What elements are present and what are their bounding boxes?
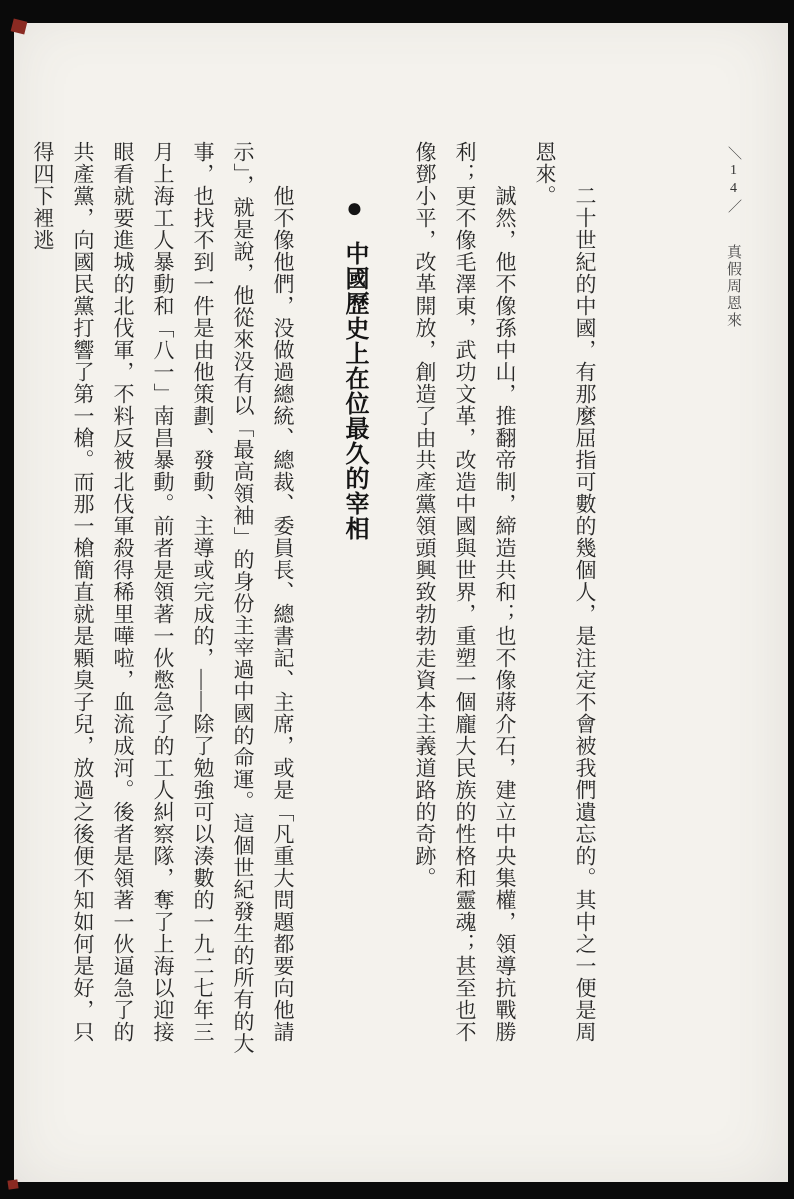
scan-mark-bottom-left (7, 1179, 18, 1189)
paragraph-2: 誠然，他不像孫中山，推翻帝制，締造共和；也不像蔣介石，建立中央集權，領導抗戰勝利… (405, 141, 525, 1063)
scan-border-bottom (0, 1182, 794, 1199)
running-head: ＼14／ 真假周恩來 (723, 146, 744, 329)
paragraph-1: 二十世紀的中國，有那麼屈指可數的幾個人，是注定不會被我們遺忘的。其中之一便是周恩… (525, 141, 605, 1063)
section-heading-text: 中國歷史上在位最久的宰相 (341, 241, 367, 541)
book-title: 真假周恩來 (725, 244, 741, 329)
scan-border-right (788, 0, 794, 1199)
scan-border-top (0, 0, 794, 23)
scan-border-left (0, 0, 14, 1199)
bullet-icon: ● (339, 193, 370, 225)
scanned-book-page: ＼14／ 真假周恩來 二十世紀的中國，有那麼屈指可數的幾個人，是注定不會被我們遺… (0, 0, 794, 1199)
text-block: 二十世紀的中國，有那麼屈指可數的幾個人，是注定不會被我們遺忘的。其中之一便是周恩… (43, 141, 605, 1063)
section-heading: ● 中國歷史上在位最久的宰相 (331, 141, 377, 1063)
page-number: ＼14／ (726, 146, 741, 216)
paragraph-3: 他不像他們，没做過總統、總裁、委員長、總書記、主席，或是「凡重大問題都要向他請示… (23, 141, 303, 1063)
